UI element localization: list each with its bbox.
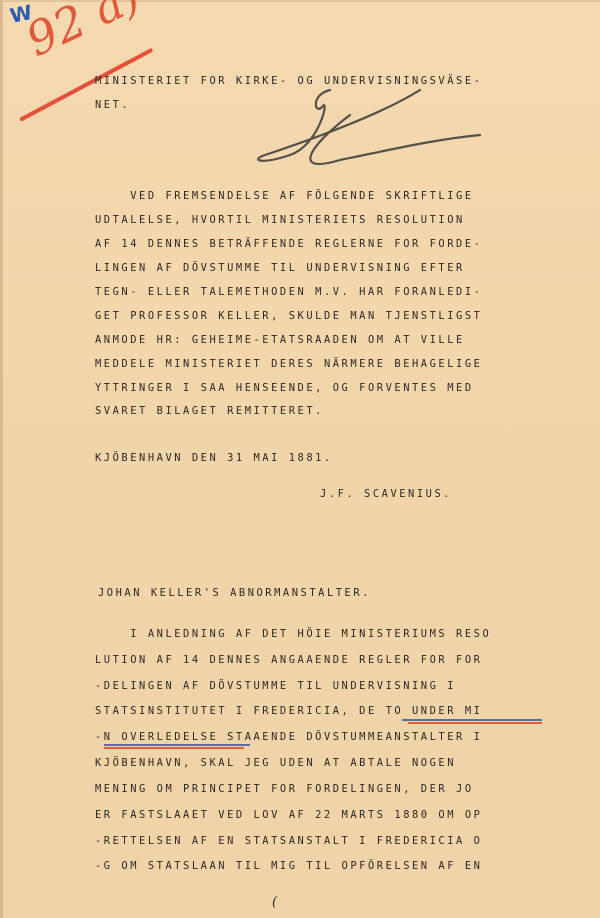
blue-underline	[402, 719, 542, 721]
body-line: ANMODE HR: GEHEIME-ETATSRAADEN OM AT VIL…	[95, 334, 465, 346]
body-line: -N OVERLEDELSE STAAENDE DÖVSTUMMEANSTALT…	[95, 731, 482, 743]
header-line: NET.	[95, 99, 130, 111]
body-line: SVARET BILAGET REMITTERET.	[95, 405, 324, 417]
body-line: ER FASTSLAAET VED LOV AF 22 MARTS 1880 O…	[95, 809, 482, 821]
red-underline	[104, 747, 244, 749]
red-underline	[408, 722, 542, 724]
body-line: -RETTELSEN AF EN STATSANSTALT I FREDERIC…	[95, 835, 482, 847]
body-line: TEGN- ELLER TALEMETHODEN M.V. HAR FORANL…	[95, 286, 482, 298]
signatory: J.F. SCAVENIUS.	[320, 488, 452, 500]
body-line: MEDDELE MINISTERIET DERES NÄRMERE BEHAGE…	[95, 358, 482, 370]
body-line: UDTALELSE, HVORTIL MINISTERIETS RESOLUTI…	[95, 214, 465, 226]
body-line: I ANLEDNING AF DET HÖIE MINISTERIUMS RES…	[95, 628, 491, 640]
body-line: LINGEN AF DÖVSTUMME TIL UNDERVISNING EFT…	[95, 262, 465, 274]
body-line: YTTRINGER I SAA HENSEENDE, OG FORVENTES …	[95, 382, 474, 394]
body-line: VED FREMSENDELSE AF FÖLGENDE SKRIFTLIGE	[95, 190, 474, 202]
document-page: W 92 a) MINISTERIET FOR KIRKE- OG UNDERV…	[0, 0, 600, 918]
body-line: -DELINGEN AF DÖVSTUMME TIL UNDERVISNING …	[95, 680, 456, 692]
place-date: KJÖBENHAVN DEN 31 MAI 1881.	[95, 452, 333, 464]
body-line: LUTION AF 14 DENNES ANGAAENDE REGLER FOR…	[95, 654, 482, 666]
body-line: GET PROFESSOR KELLER, SKULDE MAN TJENSTL…	[95, 310, 482, 322]
blue-underline	[104, 744, 250, 746]
body-line: -G OM STATSLAAN TIL MIG TIL OPFÖRELSEN A…	[95, 860, 482, 872]
body-line: AF 14 DENNES BETRÄFFENDE REGLERNE FOR FO…	[95, 238, 482, 250]
letter-heading: JOHAN KELLER'S ABNORMANSTALTER.	[98, 587, 371, 599]
body-line: MENING OM PRINCIPET FOR FORDELINGEN, DER…	[95, 783, 474, 795]
red-archive-number: 92 a)	[18, 0, 148, 67]
body-line: STATSINSTITUTET I FREDERICIA, DE TO UNDE…	[95, 705, 482, 717]
body-line: KJÖBENHAVN, SKAL JEG UDEN AT ABTALE NOGE…	[95, 757, 456, 769]
handwritten-initials	[250, 85, 510, 175]
page-mark: (	[272, 895, 277, 910]
